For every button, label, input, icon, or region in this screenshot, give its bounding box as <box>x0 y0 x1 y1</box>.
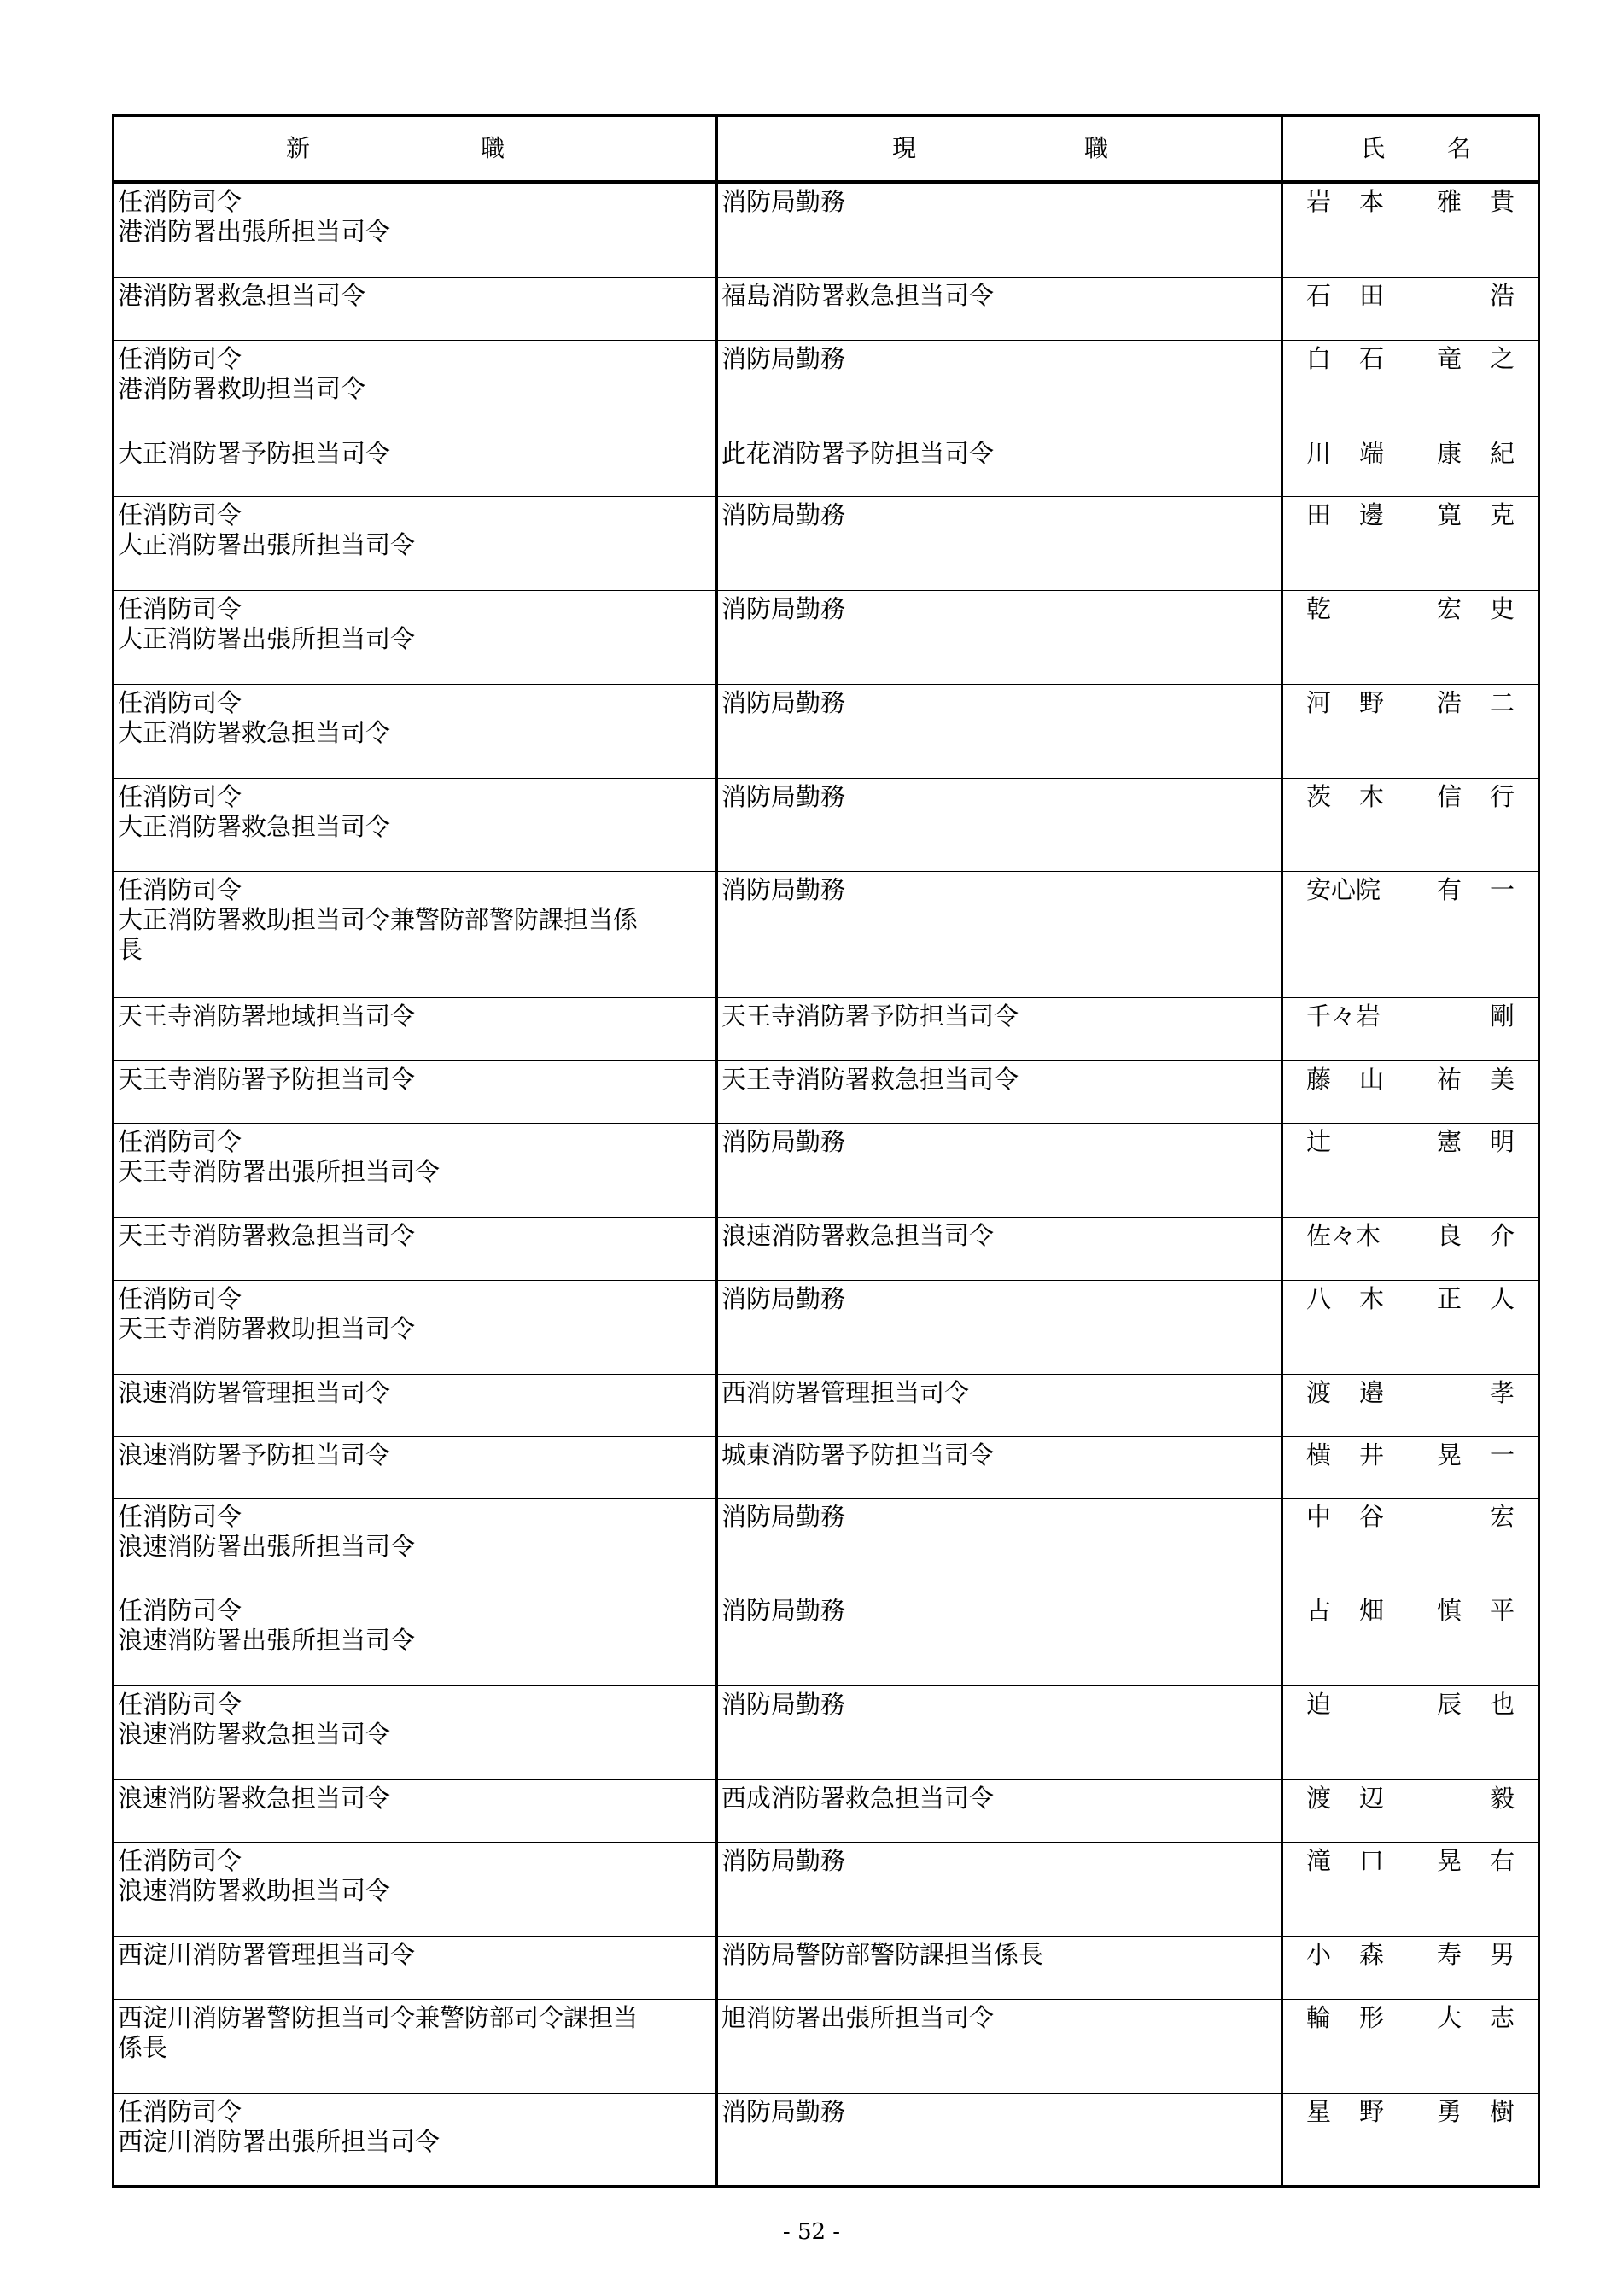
surname-char: 辺 <box>1359 1784 1384 1814</box>
current-position-text: 消防局勤務 <box>718 1499 1281 1532</box>
given-name-char: 之 <box>1490 344 1515 374</box>
current-position-text: 消防局勤務 <box>718 1843 1281 1876</box>
table-row: 任消防司令浪速消防署救助担当司令消防局勤務滝口晃右 <box>114 1843 1538 1937</box>
name-cell: 乾宏史 <box>1283 591 1538 684</box>
given-name-char: 紀 <box>1490 439 1515 469</box>
surname-char: 藤 <box>1306 1065 1331 1095</box>
text-line: 任消防司令 <box>118 1596 715 1626</box>
new-position-cell: 任消防司令天王寺消防署救助担当司令 <box>114 1281 718 1374</box>
table-row: 大正消防署予防担当司令此花消防署予防担当司令川端康紀 <box>114 435 1538 497</box>
person-name: 中谷宏 <box>1283 1499 1538 1536</box>
surname-char: 輪 <box>1306 2003 1331 2033</box>
table-body: 任消防司令港消防署出張所担当司令消防局勤務岩本雅貴港消防署救急担当司令福島消防署… <box>114 184 1538 2185</box>
new-position-cell: 任消防司令大正消防署救急担当司令 <box>114 779 718 871</box>
current-position-text: 消防局勤務 <box>718 1124 1281 1157</box>
new-position-cell: 天王寺消防署救急担当司令 <box>114 1218 718 1280</box>
person-name: 迫辰也 <box>1283 1686 1538 1724</box>
person-name: 河野浩二 <box>1283 685 1538 722</box>
table-row: 西淀川消防署管理担当司令消防局警防部警防課担当係長小森寿男 <box>114 1937 1538 2000</box>
text-line: 大正消防署出張所担当司令 <box>118 530 715 560</box>
given-name-char: 正 <box>1437 1284 1462 1314</box>
name-cell: 川端康紀 <box>1283 435 1538 496</box>
text-line: 消防局勤務 <box>721 500 1281 530</box>
name-cell: 佐々木良介 <box>1283 1218 1538 1280</box>
table-header: 新 職 現 職 氏 名 <box>114 117 1538 184</box>
name-cell: 輪形大志 <box>1283 2000 1538 2093</box>
given-name-char: 大 <box>1437 2003 1462 2033</box>
surname-char: 田 <box>1306 500 1331 530</box>
name-cell: 千々岩剛 <box>1283 998 1538 1060</box>
text-line: 任消防司令 <box>118 500 715 530</box>
person-name: 乾宏史 <box>1283 591 1538 628</box>
header-new-position: 新 職 <box>114 117 718 180</box>
new-position-cell: 任消防司令浪速消防署救急担当司令 <box>114 1686 718 1779</box>
current-position-cell: 旭消防署出張所担当司令 <box>718 2000 1283 2093</box>
current-position-text: 消防局勤務 <box>718 685 1281 718</box>
surname-char: 白 <box>1306 344 1331 374</box>
surname-char: 山 <box>1359 1065 1384 1095</box>
given-name-char: 孝 <box>1490 1378 1515 1408</box>
new-position-cell: 任消防司令港消防署救助担当司令 <box>114 341 718 435</box>
text-line: 天王寺消防署予防担当司令 <box>721 1002 1281 1031</box>
given-name-char: 貴 <box>1490 187 1515 217</box>
current-position-cell: 西消防署管理担当司令 <box>718 1375 1283 1436</box>
current-position-text: 消防局勤務 <box>718 1686 1281 1720</box>
given-name-char: 右 <box>1490 1846 1515 1876</box>
text-line: 消防局勤務 <box>721 1596 1281 1626</box>
surname-char: 乾 <box>1306 594 1331 624</box>
surname-char: 野 <box>1359 688 1384 718</box>
given-name-char: 克 <box>1490 500 1515 530</box>
name-cell: 河野浩二 <box>1283 685 1538 778</box>
text-line: 任消防司令 <box>118 1284 715 1314</box>
name-cell: 中谷宏 <box>1283 1499 1538 1592</box>
current-position-text: 福島消防署救急担当司令 <box>718 278 1281 311</box>
table-row: 任消防司令大正消防署出張所担当司令消防局勤務田邊寛克 <box>114 497 1538 591</box>
text-line: 消防局勤務 <box>721 688 1281 718</box>
new-position-cell: 任消防司令大正消防署出張所担当司令 <box>114 591 718 684</box>
new-position-text: 任消防司令大正消防署出張所担当司令 <box>114 591 715 654</box>
person-name: 岩本雅貴 <box>1283 184 1538 221</box>
table-row: 任消防司令大正消防署救急担当司令消防局勤務河野浩二 <box>114 685 1538 779</box>
new-position-cell: 浪速消防署予防担当司令 <box>114 1437 718 1498</box>
header-label: 新 <box>286 137 310 161</box>
new-position-text: 天王寺消防署予防担当司令 <box>114 1061 715 1095</box>
given-name-char: 史 <box>1490 594 1515 624</box>
text-line: 消防局勤務 <box>721 2097 1281 2127</box>
new-position-text: 天王寺消防署救急担当司令 <box>114 1218 715 1251</box>
table-row: 任消防司令浪速消防署救急担当司令消防局勤務迫辰也 <box>114 1686 1538 1780</box>
given-name-char: 寿 <box>1437 1940 1462 1970</box>
surname-char: 石 <box>1306 281 1331 311</box>
name-cell: 岩本雅貴 <box>1283 184 1538 277</box>
surname-char: 邊 <box>1359 500 1384 530</box>
surname-char: 畑 <box>1359 1596 1384 1626</box>
name-cell: 藤山祐美 <box>1283 1061 1538 1123</box>
text-line: 大正消防署予防担当司令 <box>118 439 715 469</box>
new-position-cell: 任消防司令浪速消防署出張所担当司令 <box>114 1499 718 1592</box>
header-label: 現 <box>892 137 916 161</box>
table-row: 西淀川消防署警防担当司令兼警防部司令課担当係長旭消防署出張所担当司令輪形大志 <box>114 2000 1538 2094</box>
surname-char: 佐々木 <box>1306 1221 1381 1251</box>
current-position-text: 消防局勤務 <box>718 497 1281 530</box>
current-position-cell: 消防局勤務 <box>718 1592 1283 1685</box>
surname-char: 谷 <box>1359 1502 1384 1532</box>
surname-char: 安心院 <box>1306 875 1381 905</box>
surname-char: 端 <box>1359 439 1384 469</box>
text-line: 消防局勤務 <box>721 1502 1281 1532</box>
text-line: 天王寺消防署予防担当司令 <box>118 1065 715 1095</box>
surname-char: 河 <box>1306 688 1331 718</box>
person-name: 千々岩剛 <box>1283 998 1538 1036</box>
name-cell: 小森寿男 <box>1283 1937 1538 1999</box>
new-position-text: 港消防署救急担当司令 <box>114 278 715 311</box>
given-name-char: 信 <box>1437 782 1462 812</box>
new-position-text: 浪速消防署救急担当司令 <box>114 1780 715 1814</box>
given-name-char: 人 <box>1490 1284 1515 1314</box>
header-name: 氏 名 <box>1283 117 1538 180</box>
current-position-cell: 消防局勤務 <box>718 1499 1283 1592</box>
person-name: 佐々木良介 <box>1283 1218 1538 1255</box>
person-name: 田邊寛克 <box>1283 497 1538 535</box>
text-line: 浪速消防署救急担当司令 <box>118 1784 715 1814</box>
new-position-text: 任消防司令港消防署出張所担当司令 <box>114 184 715 247</box>
surname-char: 渡 <box>1306 1784 1331 1814</box>
text-line: 旭消防署出張所担当司令 <box>721 2003 1281 2033</box>
given-name-char: 寛 <box>1437 500 1462 530</box>
given-name-char: 慎 <box>1437 1596 1462 1626</box>
text-line: 浪速消防署出張所担当司令 <box>118 1626 715 1656</box>
surname-char: 野 <box>1359 2097 1384 2127</box>
surname-char: 川 <box>1306 439 1331 469</box>
current-position-text: 消防局勤務 <box>718 1281 1281 1314</box>
person-name: 渡邉孝 <box>1283 1375 1538 1412</box>
text-line: 任消防司令 <box>118 594 715 624</box>
text-line: 港消防署救助担当司令 <box>118 374 715 404</box>
table-row: 任消防司令港消防署出張所担当司令消防局勤務岩本雅貴 <box>114 184 1538 278</box>
text-line: 消防局勤務 <box>721 594 1281 624</box>
new-position-text: 任消防司令大正消防署救急担当司令 <box>114 685 715 748</box>
current-position-text: 城東消防署予防担当司令 <box>718 1437 1281 1470</box>
current-position-cell: 西成消防署救急担当司令 <box>718 1780 1283 1842</box>
text-line: 西成消防署救急担当司令 <box>721 1784 1281 1814</box>
current-position-cell: 消防局勤務 <box>718 1843 1283 1936</box>
person-name: 辻憲明 <box>1283 1124 1538 1161</box>
current-position-cell: 消防局勤務 <box>718 872 1283 997</box>
current-position-text: 消防局勤務 <box>718 1592 1281 1626</box>
given-name-char: 浩 <box>1437 688 1462 718</box>
person-name: 輪形大志 <box>1283 2000 1538 2037</box>
page-number: - 52 - <box>0 2218 1623 2246</box>
person-name: 茨木信行 <box>1283 779 1538 816</box>
text-line: 消防局勤務 <box>721 1690 1281 1720</box>
text-line: 天王寺消防署救助担当司令 <box>118 1314 715 1344</box>
text-line: 浪速消防署管理担当司令 <box>118 1378 715 1408</box>
new-position-cell: 浪速消防署管理担当司令 <box>114 1375 718 1436</box>
name-cell: 石田浩 <box>1283 278 1538 340</box>
new-position-cell: 天王寺消防署地域担当司令 <box>114 998 718 1060</box>
given-name-char: 毅 <box>1490 1784 1515 1814</box>
name-cell: 安心院有一 <box>1283 872 1538 997</box>
given-name-char: 有 <box>1437 875 1462 905</box>
text-line: 天王寺消防署救急担当司令 <box>118 1221 715 1251</box>
text-line: 長 <box>118 935 715 965</box>
text-line: 消防局勤務 <box>721 1846 1281 1876</box>
text-line: 消防局勤務 <box>721 875 1281 905</box>
text-line: 浪速消防署救助担当司令 <box>118 1876 715 1906</box>
given-name-char: 祐 <box>1437 1065 1462 1095</box>
new-position-text: 任消防司令大正消防署救助担当司令兼警防部警防課担当係長 <box>114 872 715 965</box>
surname-char: 滝 <box>1306 1846 1331 1876</box>
new-position-cell: 港消防署救急担当司令 <box>114 278 718 340</box>
current-position-text: 此花消防署予防担当司令 <box>718 435 1281 469</box>
current-position-cell: 消防局勤務 <box>718 2094 1283 2185</box>
surname-char: 中 <box>1306 1502 1331 1532</box>
given-name-char: 美 <box>1490 1065 1515 1095</box>
current-position-cell: 消防局勤務 <box>718 685 1283 778</box>
table-row: 任消防司令浪速消防署出張所担当司令消防局勤務古畑慎平 <box>114 1592 1538 1686</box>
text-line: 大正消防署出張所担当司令 <box>118 624 715 654</box>
personnel-table: 新 職 現 職 氏 名 任消防司令港消防署出張所担当司令消防局勤務岩本雅貴港消防… <box>112 114 1540 2188</box>
surname-char: 迫 <box>1306 1690 1331 1720</box>
given-name-char: 二 <box>1490 688 1515 718</box>
new-position-text: 大正消防署予防担当司令 <box>114 435 715 469</box>
surname-char: 石 <box>1359 344 1384 374</box>
current-position-text: 消防局勤務 <box>718 184 1281 217</box>
given-name-char: 憲 <box>1437 1127 1462 1157</box>
current-position-text: 西成消防署救急担当司令 <box>718 1780 1281 1814</box>
person-name: 八木正人 <box>1283 1281 1538 1318</box>
person-name: 小森寿男 <box>1283 1937 1538 1974</box>
name-cell: 茨木信行 <box>1283 779 1538 871</box>
current-position-text: 天王寺消防署予防担当司令 <box>718 998 1281 1031</box>
table-row: 任消防司令大正消防署救助担当司令兼警防部警防課担当係長消防局勤務安心院有一 <box>114 872 1538 998</box>
current-position-text: 消防局勤務 <box>718 341 1281 374</box>
name-cell: 渡辺毅 <box>1283 1780 1538 1842</box>
new-position-cell: 西淀川消防署管理担当司令 <box>114 1937 718 1999</box>
name-cell: 田邊寛克 <box>1283 497 1538 590</box>
current-position-cell: 福島消防署救急担当司令 <box>718 278 1283 340</box>
surname-char: 横 <box>1306 1440 1331 1470</box>
person-name: 藤山祐美 <box>1283 1061 1538 1099</box>
header-label: 名 <box>1447 137 1471 161</box>
given-name-char: 一 <box>1490 875 1515 905</box>
text-line: 係長 <box>118 2033 715 2063</box>
new-position-cell: 西淀川消防署警防担当司令兼警防部司令課担当係長 <box>114 2000 718 2093</box>
text-line: 任消防司令 <box>118 2097 715 2127</box>
given-name-char: 行 <box>1490 782 1515 812</box>
new-position-text: 西淀川消防署警防担当司令兼警防部司令課担当係長 <box>114 2000 715 2063</box>
given-name-char: 志 <box>1490 2003 1515 2033</box>
new-position-cell: 大正消防署予防担当司令 <box>114 435 718 496</box>
given-name-char: 樹 <box>1490 2097 1515 2127</box>
current-position-text: 消防局勤務 <box>718 779 1281 812</box>
new-position-text: 天王寺消防署地域担当司令 <box>114 998 715 1031</box>
name-cell: 迫辰也 <box>1283 1686 1538 1779</box>
new-position-cell: 任消防司令天王寺消防署出張所担当司令 <box>114 1124 718 1217</box>
text-line: 西淀川消防署管理担当司令 <box>118 1940 715 1970</box>
new-position-text: 任消防司令天王寺消防署出張所担当司令 <box>114 1124 715 1187</box>
person-name: 渡辺毅 <box>1283 1780 1538 1818</box>
header-label: 職 <box>481 137 505 161</box>
given-name-char: 平 <box>1490 1596 1515 1626</box>
new-position-cell: 天王寺消防署予防担当司令 <box>114 1061 718 1123</box>
new-position-text: 西淀川消防署管理担当司令 <box>114 1937 715 1970</box>
surname-char: 井 <box>1359 1440 1384 1470</box>
surname-char: 小 <box>1306 1940 1331 1970</box>
given-name-char: 康 <box>1437 439 1462 469</box>
text-line: 任消防司令 <box>118 688 715 718</box>
given-name-char: 晃 <box>1437 1440 1462 1470</box>
surname-char: 茨 <box>1306 782 1331 812</box>
table-row: 任消防司令天王寺消防署救助担当司令消防局勤務八木正人 <box>114 1281 1538 1375</box>
given-name-char: 勇 <box>1437 2097 1462 2127</box>
person-name: 滝口晃右 <box>1283 1843 1538 1880</box>
table-row: 浪速消防署管理担当司令西消防署管理担当司令渡邉孝 <box>114 1375 1538 1437</box>
text-line: 西消防署管理担当司令 <box>721 1378 1281 1408</box>
new-position-cell: 任消防司令大正消防署救助担当司令兼警防部警防課担当係長 <box>114 872 718 997</box>
current-position-cell: 天王寺消防署予防担当司令 <box>718 998 1283 1060</box>
text-line: 浪速消防署救急担当司令 <box>721 1221 1281 1251</box>
current-position-cell: 消防局勤務 <box>718 184 1283 277</box>
current-position-cell: 浪速消防署救急担当司令 <box>718 1218 1283 1280</box>
text-line: 西淀川消防署警防担当司令兼警防部司令課担当 <box>118 2003 715 2033</box>
new-position-text: 任消防司令西淀川消防署出張所担当司令 <box>114 2094 715 2157</box>
name-cell: 横井晃一 <box>1283 1437 1538 1498</box>
text-line: 浪速消防署救急担当司令 <box>118 1720 715 1750</box>
current-position-cell: 天王寺消防署救急担当司令 <box>718 1061 1283 1123</box>
name-cell: 渡邉孝 <box>1283 1375 1538 1436</box>
given-name-char: 竜 <box>1437 344 1462 374</box>
surname-char: 星 <box>1306 2097 1331 2127</box>
table-row: 浪速消防署予防担当司令城東消防署予防担当司令横井晃一 <box>114 1437 1538 1499</box>
given-name-char: 良 <box>1437 1221 1462 1251</box>
text-line: 任消防司令 <box>118 344 715 374</box>
current-position-cell: 消防局勤務 <box>718 1124 1283 1217</box>
person-name: 安心院有一 <box>1283 872 1538 909</box>
surname-char: 田 <box>1359 281 1384 311</box>
text-line: 港消防署出張所担当司令 <box>118 217 715 247</box>
text-line: 消防局勤務 <box>721 782 1281 812</box>
text-line: 此花消防署予防担当司令 <box>721 439 1281 469</box>
text-line: 天王寺消防署救急担当司令 <box>721 1065 1281 1095</box>
text-line: 任消防司令 <box>118 1502 715 1532</box>
text-line: 消防局勤務 <box>721 1127 1281 1157</box>
text-line: 消防局勤務 <box>721 1284 1281 1314</box>
name-cell: 古畑慎平 <box>1283 1592 1538 1685</box>
header-label: 氏 <box>1361 137 1385 161</box>
name-cell: 滝口晃右 <box>1283 1843 1538 1936</box>
table-row: 任消防司令西淀川消防署出張所担当司令消防局勤務星野勇樹 <box>114 2094 1538 2185</box>
table-row: 任消防司令大正消防署救急担当司令消防局勤務茨木信行 <box>114 779 1538 872</box>
given-name-char: 浩 <box>1490 281 1515 311</box>
name-cell: 星野勇樹 <box>1283 2094 1538 2185</box>
new-position-cell: 任消防司令港消防署出張所担当司令 <box>114 184 718 277</box>
new-position-text: 任消防司令浪速消防署救助担当司令 <box>114 1843 715 1906</box>
given-name-char: 一 <box>1490 1440 1515 1470</box>
given-name-char: 宏 <box>1490 1502 1515 1532</box>
new-position-text: 任消防司令大正消防署出張所担当司令 <box>114 497 715 560</box>
current-position-text: 天王寺消防署救急担当司令 <box>718 1061 1281 1095</box>
new-position-text: 浪速消防署予防担当司令 <box>114 1437 715 1470</box>
text-line: 西淀川消防署出張所担当司令 <box>118 2127 715 2157</box>
text-line: 消防局警防部警防課担当係長 <box>721 1940 1281 1970</box>
surname-char: 渡 <box>1306 1378 1331 1408</box>
new-position-cell: 任消防司令浪速消防署出張所担当司令 <box>114 1592 718 1685</box>
name-cell: 八木正人 <box>1283 1281 1538 1374</box>
text-line: 城東消防署予防担当司令 <box>721 1440 1281 1470</box>
given-name-char: 男 <box>1490 1940 1515 1970</box>
current-position-text: 消防局警防部警防課担当係長 <box>718 1937 1281 1970</box>
current-position-cell: 消防局勤務 <box>718 779 1283 871</box>
text-line: 消防局勤務 <box>721 187 1281 217</box>
given-name-char: 晃 <box>1437 1846 1462 1876</box>
text-line: 天王寺消防署地域担当司令 <box>118 1002 715 1031</box>
new-position-cell: 任消防司令大正消防署出張所担当司令 <box>114 497 718 590</box>
surname-char: 本 <box>1359 187 1384 217</box>
current-position-cell: 消防局勤務 <box>718 497 1283 590</box>
surname-char: 千々岩 <box>1306 1002 1381 1031</box>
current-position-text: 消防局勤務 <box>718 2094 1281 2127</box>
text-line: 大正消防署救助担当司令兼警防部警防課担当係 <box>118 905 715 935</box>
surname-char: 形 <box>1359 2003 1384 2033</box>
current-position-text: 消防局勤務 <box>718 872 1281 905</box>
current-position-text: 消防局勤務 <box>718 591 1281 624</box>
table-row: 任消防司令港消防署救助担当司令消防局勤務白石竜之 <box>114 341 1538 435</box>
text-line: 任消防司令 <box>118 875 715 905</box>
given-name-char: 也 <box>1490 1690 1515 1720</box>
surname-char: 岩 <box>1306 187 1331 217</box>
table-row: 天王寺消防署救急担当司令浪速消防署救急担当司令佐々木良介 <box>114 1218 1538 1281</box>
text-line: 任消防司令 <box>118 1846 715 1876</box>
text-line: 天王寺消防署出張所担当司令 <box>118 1157 715 1187</box>
new-position-cell: 任消防司令浪速消防署救助担当司令 <box>114 1843 718 1936</box>
person-name: 古畑慎平 <box>1283 1592 1538 1630</box>
surname-char: 森 <box>1359 1940 1384 1970</box>
text-line: 大正消防署救急担当司令 <box>118 812 715 842</box>
person-name: 石田浩 <box>1283 278 1538 315</box>
table-row: 任消防司令天王寺消防署出張所担当司令消防局勤務辻憲明 <box>114 1124 1538 1218</box>
name-cell: 白石竜之 <box>1283 341 1538 435</box>
new-position-text: 任消防司令浪速消防署出張所担当司令 <box>114 1499 715 1562</box>
surname-char: 口 <box>1359 1846 1384 1876</box>
new-position-text: 任消防司令大正消防署救急担当司令 <box>114 779 715 842</box>
text-line: 港消防署救急担当司令 <box>118 281 715 311</box>
text-line: 消防局勤務 <box>721 344 1281 374</box>
new-position-text: 任消防司令浪速消防署救急担当司令 <box>114 1686 715 1750</box>
new-position-cell: 浪速消防署救急担当司令 <box>114 1780 718 1842</box>
new-position-cell: 任消防司令西淀川消防署出張所担当司令 <box>114 2094 718 2185</box>
surname-char: 邉 <box>1359 1378 1384 1408</box>
table-row: 港消防署救急担当司令福島消防署救急担当司令石田浩 <box>114 278 1538 341</box>
person-name: 星野勇樹 <box>1283 2094 1538 2131</box>
header-label: 職 <box>1084 137 1108 161</box>
surname-char: 辻 <box>1306 1127 1331 1157</box>
new-position-text: 任消防司令天王寺消防署救助担当司令 <box>114 1281 715 1344</box>
current-position-cell: 消防局勤務 <box>718 1686 1283 1779</box>
table-row: 浪速消防署救急担当司令西成消防署救急担当司令渡辺毅 <box>114 1780 1538 1843</box>
name-cell: 辻憲明 <box>1283 1124 1538 1217</box>
current-position-cell: 消防局勤務 <box>718 591 1283 684</box>
header-current-position: 現 職 <box>718 117 1283 180</box>
person-name: 横井晃一 <box>1283 1437 1538 1475</box>
current-position-text: 浪速消防署救急担当司令 <box>718 1218 1281 1251</box>
text-line: 任消防司令 <box>118 187 715 217</box>
given-name-char: 明 <box>1490 1127 1515 1157</box>
surname-char: 木 <box>1359 1284 1384 1314</box>
current-position-cell: 消防局勤務 <box>718 341 1283 435</box>
surname-char: 木 <box>1359 782 1384 812</box>
